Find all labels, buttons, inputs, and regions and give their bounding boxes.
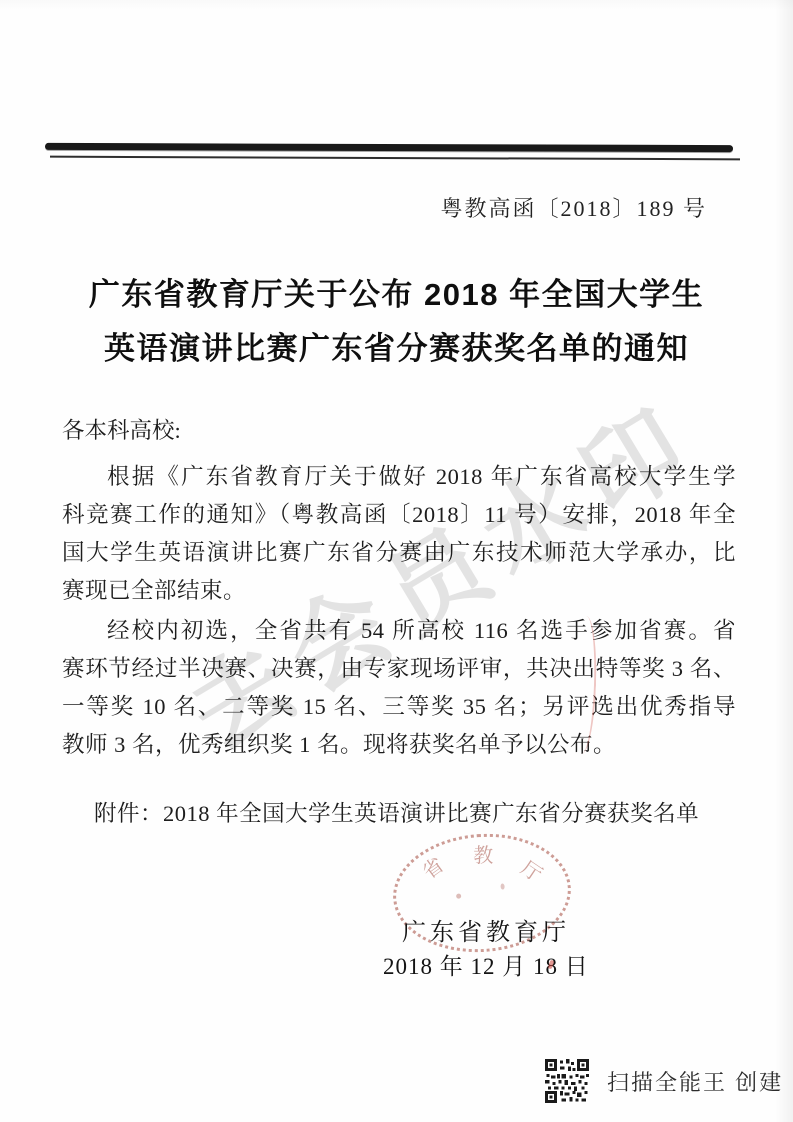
scanned-document-page: 去会员水印 粤教高函〔2018〕189 号 广东省教育厅关于公布 2018 年全… xyxy=(0,0,793,1122)
paragraph-2-line: 赛环节经过半决赛、决赛，由专家现场评审，共决出特等奖 3 名、 xyxy=(62,650,736,688)
paragraph-2: 经校内初选，全省共有 54 所高校 116 名选手参加省赛。省 赛环节经过半决赛… xyxy=(62,612,736,764)
paragraph-1: 根据《广东省教育厅关于做好 2018 年广东省高校大学生学 科竞赛工作的通知》（… xyxy=(62,458,736,610)
document-number: 粤教高函〔2018〕189 号 xyxy=(440,192,707,223)
paragraph-2-line: 教师 3 名，优秀组织奖 1 名。现将获奖名单予以公布。 xyxy=(62,726,736,764)
issuer-signature: 广东省教育厅 xyxy=(402,912,562,947)
scanner-footer: 扫描全能王 创建 xyxy=(545,1058,783,1104)
document-title-line2: 英语演讲比赛广东省分赛获奖名单的通知 xyxy=(60,322,733,376)
qr-code-icon xyxy=(545,1059,589,1103)
document-title: 广东省教育厅关于公布 2018 年全国大学生 英语演讲比赛广东省分赛获奖名单的通… xyxy=(60,268,733,376)
paragraph-1-line: 科竞赛工作的通知》（粤教高函〔2018〕11 号）安排，2018 年全 xyxy=(62,496,736,534)
paragraph-2-line: 一等奖 10 名、二等奖 15 名、三等奖 35 名；另评选出优秀指导 xyxy=(62,688,736,726)
salutation: 各本科高校: xyxy=(62,412,736,450)
attachment-line: 附件：2018 年全国大学生英语演讲比赛广东省分赛获奖名单 xyxy=(94,796,699,828)
scanner-credit-text: 扫描全能王 创建 xyxy=(607,1066,783,1097)
document-body: 各本科高校: 根据《广东省教育厅关于做好 2018 年广东省高校大学生学 科竞赛… xyxy=(62,412,736,764)
seal-arc-character: 省 xyxy=(415,849,448,884)
paragraph-1-line: 根据《广东省教育厅关于做好 2018 年广东省高校大学生学 xyxy=(62,458,736,496)
seal-speckle xyxy=(500,883,504,889)
seal-speckle xyxy=(456,893,461,898)
paragraph-1-line: 国大学生英语演讲比赛广东省分赛由广东技术师范大学承办，比 xyxy=(62,534,736,572)
document-title-line1: 广东省教育厅关于公布 2018 年全国大学生 xyxy=(60,268,733,322)
scan-artifact-line xyxy=(50,156,740,161)
scan-artifact-bar xyxy=(45,143,733,152)
paragraph-2-line: 经校内初选，全省共有 54 所高校 116 名选手参加省赛。省 xyxy=(62,612,736,650)
seal-arc-character: 教 xyxy=(473,839,493,868)
seal-arc-character: 厅 xyxy=(516,852,549,887)
issue-date: 2018 年 12 月 18 日 xyxy=(383,948,589,981)
paragraph-1-line: 赛现已全部结束。 xyxy=(62,572,736,610)
